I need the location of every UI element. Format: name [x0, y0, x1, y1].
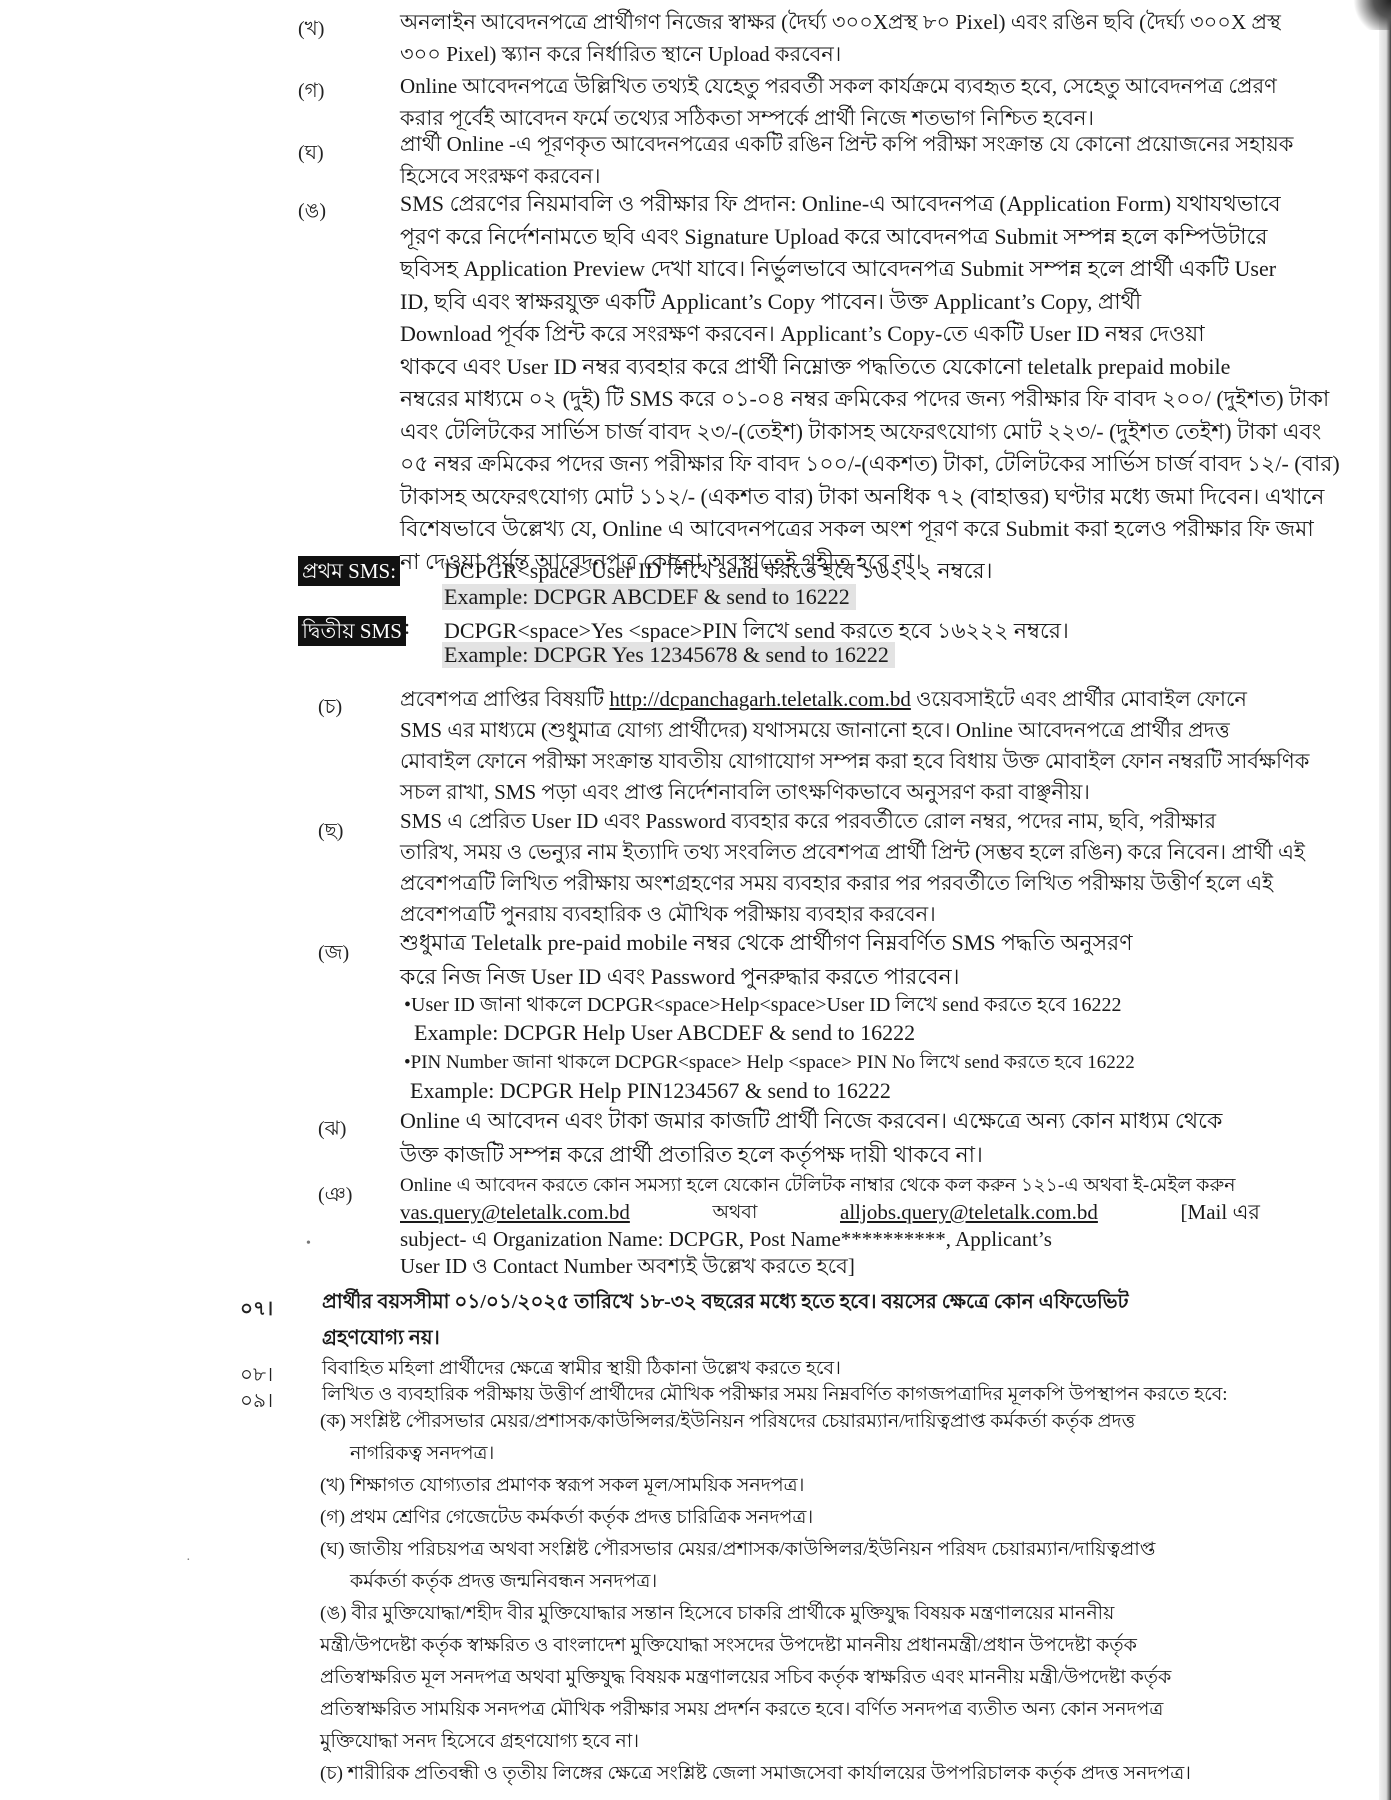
item-label-jha: (ঝ)	[318, 1114, 346, 1147]
section-number-07: ০৭।	[240, 1294, 273, 1327]
item-jha-text: Online এ আবেদন এবং টাকা জমার কাজটি প্রার…	[400, 1104, 1260, 1172]
item-umo-text: SMS প্রেরণের নিয়মাবলি ও পরীক্ষার ফি প্র…	[400, 188, 1260, 578]
item-ga-text: Online আবেদনপত্রে উল্লিখিত তথ্যই যেহেতু …	[400, 70, 1260, 134]
second-sms-tag: দ্বিতীয় SMS	[298, 616, 406, 646]
item-chha-text: SMS এ প্রেরিত User ID এবং Password ব্যবহ…	[400, 806, 1260, 930]
section-09-doc-list: (ক) সংশ্লিষ্ট পৌরসভার মেয়র/প্রশাসক/কাউন…	[320, 1406, 1270, 1790]
second-sms-example: Example: DCPGR Yes 12345678 & send to 16…	[442, 642, 895, 668]
item-ja-text: শুধুমাত্র Teletalk pre-paid mobile নম্বর…	[400, 926, 1260, 994]
item-kha-text: অনলাইন আবেদনপত্রে প্রার্থীগণ নিজের স্বাক…	[400, 6, 1260, 70]
first-sms-example: Example: DCPGR ABCDEF & send to 16222	[442, 584, 856, 610]
item-nya-text: Online এ আবেদন করতে কোন সমস্যা হলে যেকোন…	[400, 1172, 1260, 1280]
item-gha-text: প্রার্থী Online -এ পূরণকৃত আবেদনপত্রের এ…	[400, 128, 1260, 192]
section-07-text: প্রার্থীর বয়সসীমা ০১/০১/২০২৫ তারিখে ১৮-…	[322, 1284, 1222, 1356]
scan-speck: •	[306, 1236, 311, 1252]
item-label-kha: (খ)	[298, 14, 324, 47]
item-label-gha: (ঘ)	[298, 138, 324, 171]
item-label-umo: (ঙ)	[298, 196, 326, 229]
item-label-chha: (ছ)	[318, 816, 343, 849]
first-sms-tag: প্রথম SMS:	[298, 556, 400, 586]
vas-query-email-link[interactable]: vas.query@teletalk.com.bd	[400, 1199, 630, 1226]
second-sms-colon: :	[404, 614, 410, 640]
teletalk-website-link[interactable]: http://dcpanchagarh.teletalk.com.bd	[609, 687, 910, 711]
help-pin-example: Example: DCPGR Help PIN1234567 & send to…	[410, 1076, 891, 1106]
alljobs-query-email-link[interactable]: alljobs.query@teletalk.com.bd	[840, 1199, 1098, 1226]
scanned-page-edge	[1379, 0, 1391, 1800]
item-cha-text: প্রবেশপত্র প্রাপ্তির বিষয়টি http://dcpa…	[400, 684, 1260, 808]
item-label-ga: (গ)	[298, 76, 324, 109]
item-label-ja: (জ)	[318, 938, 349, 971]
help-userid-example: Example: DCPGR Help User ABCDEF & send t…	[414, 1018, 915, 1048]
item-label-nya: (ঞ)	[318, 1180, 352, 1213]
scanned-corner-shadow	[1351, 0, 1391, 30]
item-label-cha: (চ)	[318, 692, 342, 725]
section-number-09: ০৯।	[240, 1386, 273, 1419]
scan-speck: ·	[186, 1553, 191, 1569]
help-pin-instruction: •PIN Number জানা থাকলে DCPGR<space> Help…	[404, 1048, 1135, 1078]
help-userid-instruction: •User ID জানা থাকলে DCPGR<space>Help<spa…	[404, 990, 1122, 1020]
